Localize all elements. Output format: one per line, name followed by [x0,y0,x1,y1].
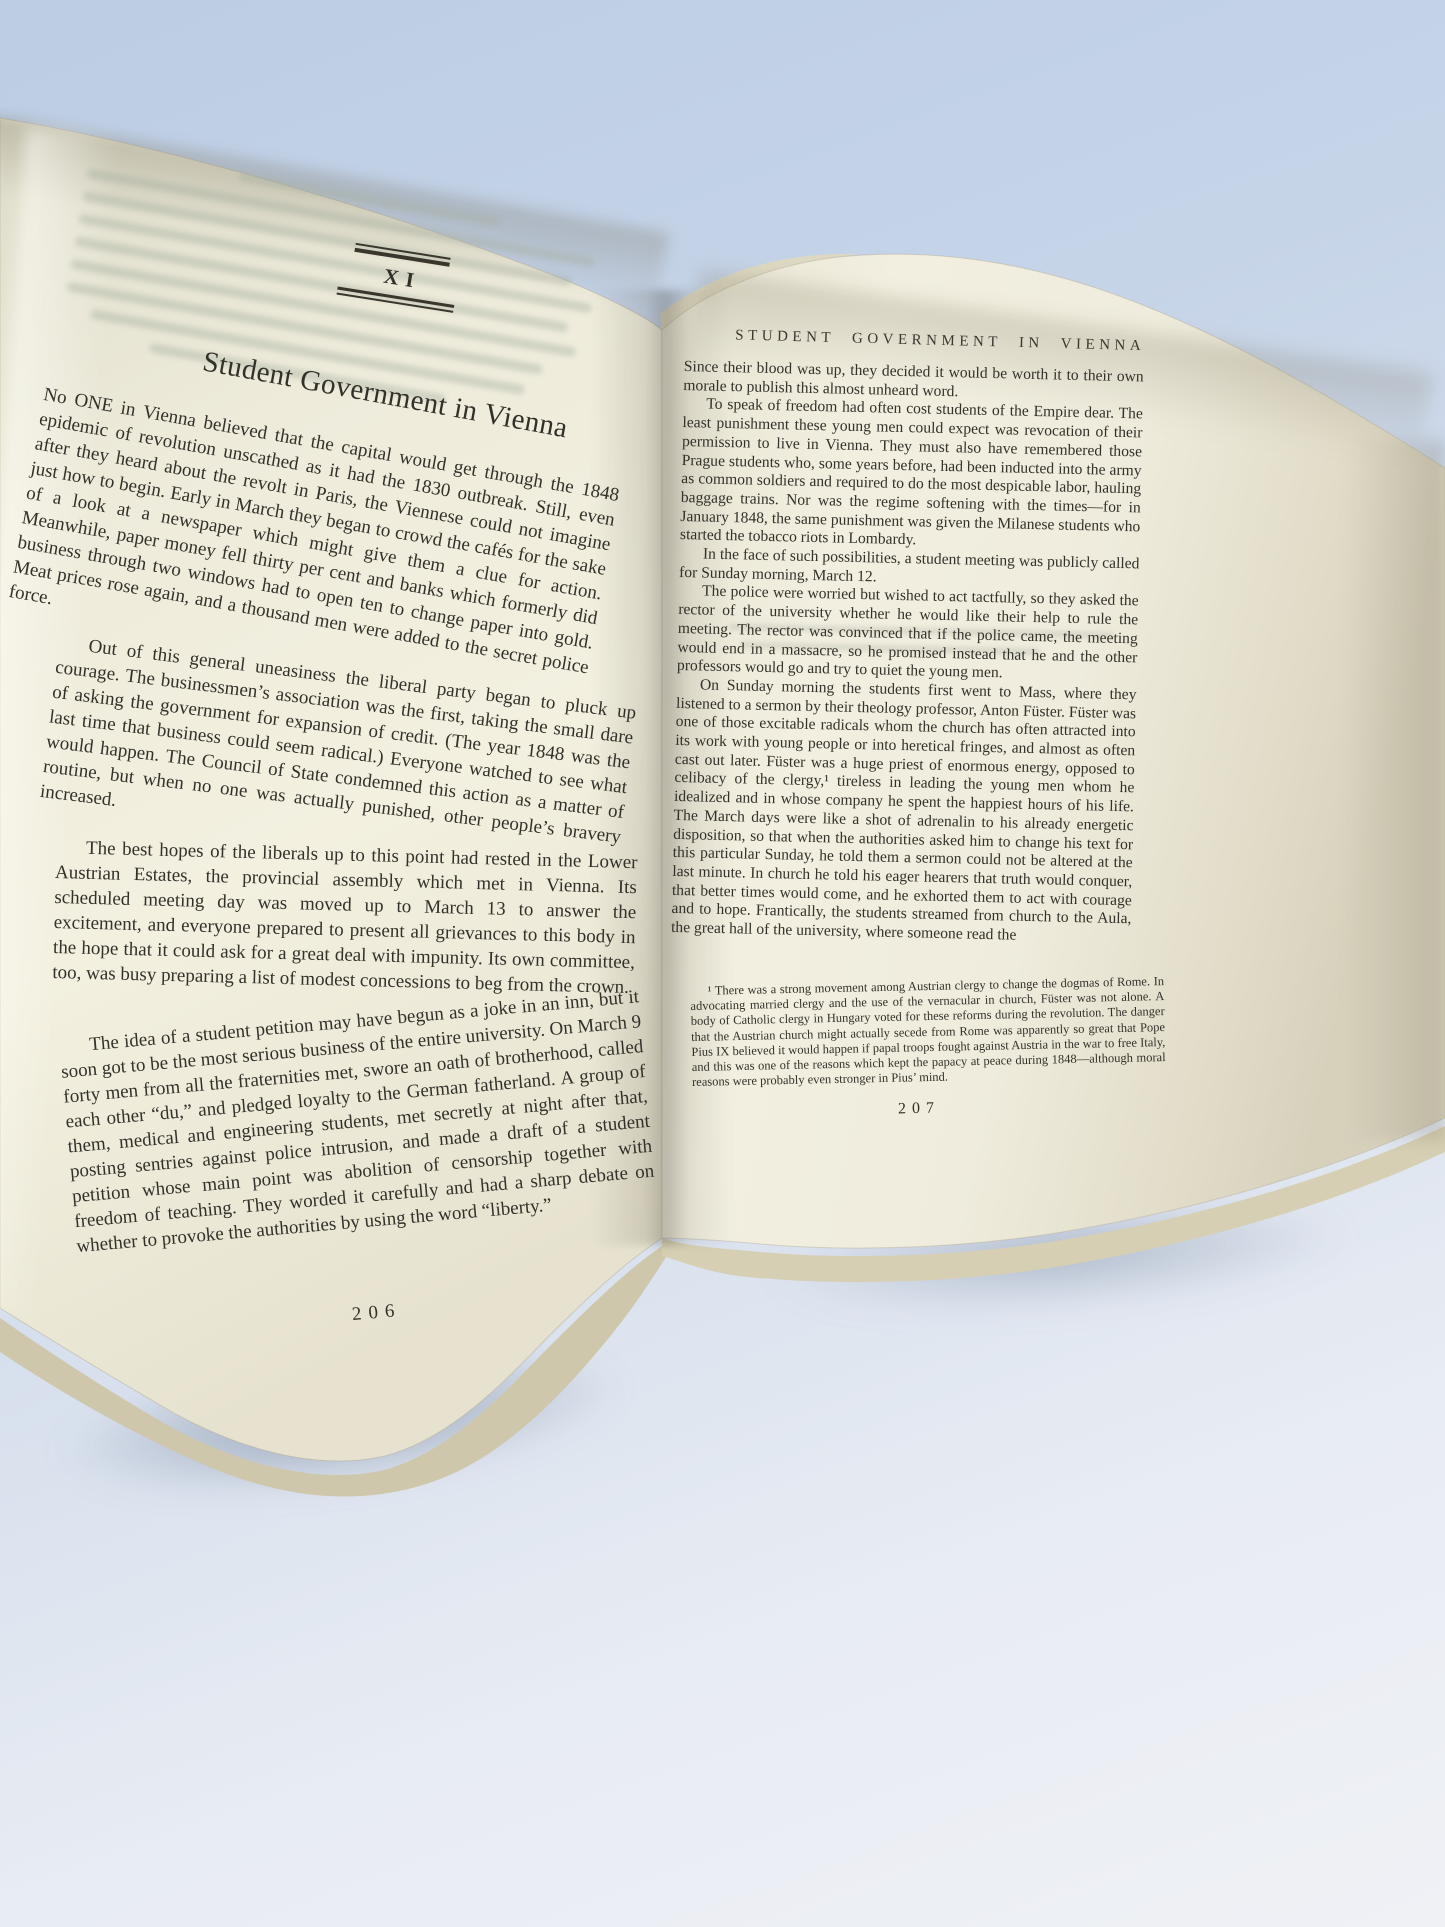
right-page-paragraph: To speak of freedom had often cost stude… [680,395,1143,555]
book-photo: XI Student Government in Vienna No ONE i… [0,0,1445,1927]
show-through-line [74,237,568,333]
right-page-paragraph: The police were worried but wished to ac… [677,582,1139,686]
footnote: ¹ There was a strong movement among Aust… [690,974,1166,1090]
fore-edge-shadow [1345,440,1445,1140]
show-through-line [66,282,542,375]
left-page-paragraph: The best hopes of the liberals up to thi… [52,835,638,1000]
right-page-number: 207 [898,1099,940,1118]
left-page-number: 206 [351,1300,402,1326]
right-page-text-column: Since their blood was up, they decided i… [671,358,1144,948]
right-page-paragraph: On Sunday morning the students first wen… [671,676,1137,948]
